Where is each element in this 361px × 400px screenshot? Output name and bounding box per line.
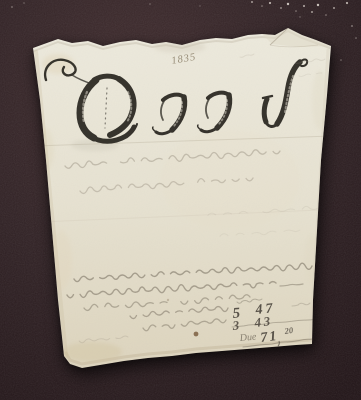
paper-sheet: 1835 5 47 3 43 Due 71 20 (30, 25, 335, 375)
ledger-total-amount: 71 (260, 329, 280, 346)
deed-photograph: Deed (0, 0, 361, 400)
paper-fleck (194, 332, 199, 337)
paper-fleck (167, 299, 169, 301)
ledger-total-label: Due (238, 332, 257, 345)
photo-canvas: Deed (0, 0, 361, 400)
ledger-row2-amount: 43 (253, 313, 273, 330)
